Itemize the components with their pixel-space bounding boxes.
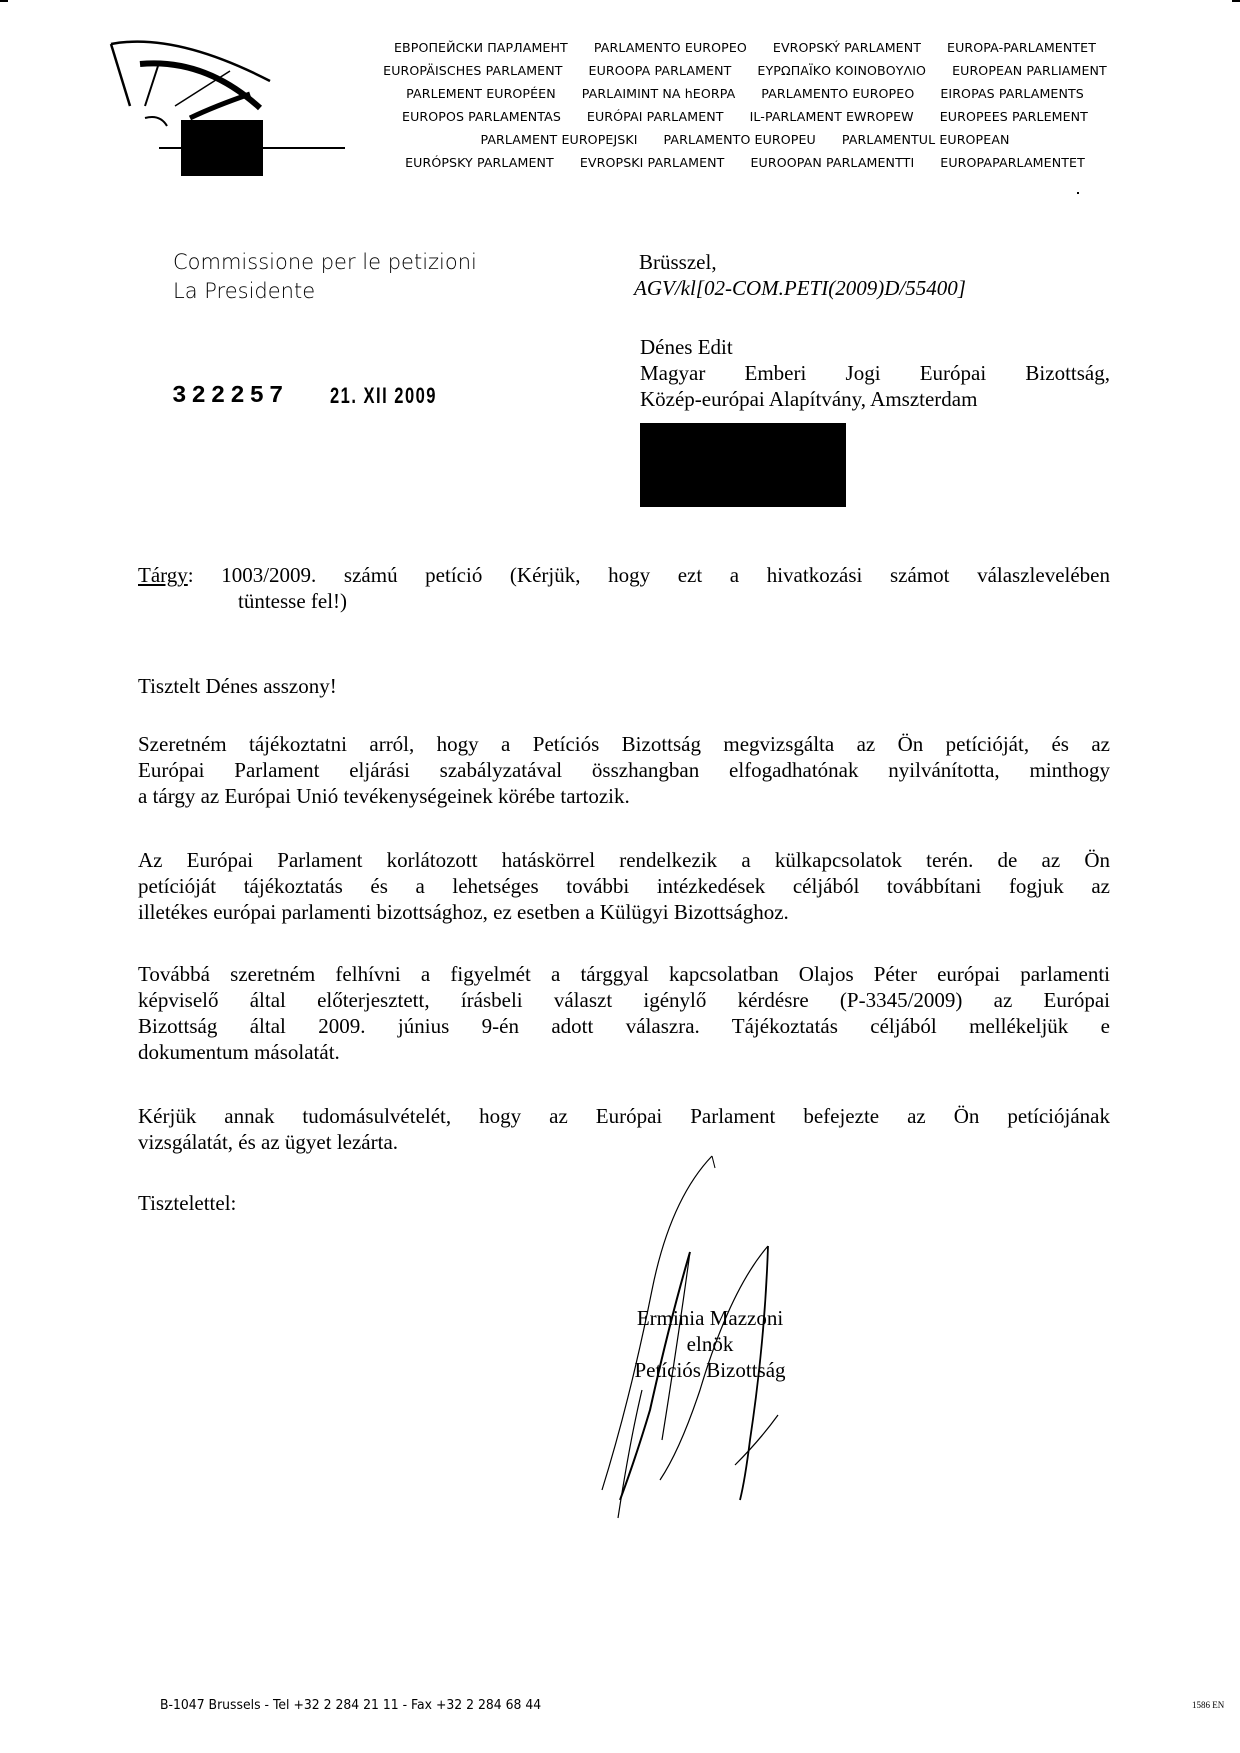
salutation: Tisztelt Dénes asszony! [138,673,1110,699]
committee-name: Commissione per le petizioni [173,248,477,277]
recipient-block: Dénes Edit Magyar Emberi Jogi Európai Bi… [640,334,1110,412]
parliament-name: EUROPEAN PARLIAMENT [952,63,1107,78]
footer-document-code: 1586 EN [1192,1700,1224,1710]
paragraph-line: Az Európai Parlament korlátozott hatáskö… [138,847,1110,873]
scan-artifact [0,0,8,2]
parliament-name: EUROPAPARLAMENTET [940,155,1085,170]
recipient-org-line1: Magyar Emberi Jogi Európai Bizottság, [640,360,1110,386]
paragraph-line: Szeretném tájékoztatni arról, hogy a Pet… [138,731,1110,757]
parliament-name: EUROOPAN PARLAMENTTI [750,155,914,170]
header-line: EUROPÄISCHES PARLAMENTEUROOPA PARLAMENTΕ… [330,63,1160,78]
paragraph-line: a tárgy az Európai Unió tevékenységeinek… [138,783,1110,809]
header-line: PARLAMENT EUROPEJSKIPARLAMENTO EUROPEUPA… [330,132,1160,147]
parliament-name: EVROPSKÝ PARLAMENT [773,40,921,55]
recipient-name: Dénes Edit [640,334,1110,360]
parliament-name: EUROPOS PARLAMENTAS [402,109,561,124]
parliament-name: EUROOPA PARLAMENT [589,63,732,78]
header-line: ЕВРОПЕЙСКИ ПАРЛАМЕНТPARLAMENTO EUROPEOEV… [330,40,1160,55]
paragraph-line: Bizottság által 2009. június 9-én adott … [138,1013,1110,1039]
parliament-name: PARLAMENTUL EUROPEAN [842,132,1010,147]
paragraph-line: illetékes európai parlamenti bizottságho… [138,899,1110,925]
paragraph-line: Európai Parlament eljárási szabályzatáva… [138,757,1110,783]
parliament-name: EURÓPSKY PARLAMENT [405,155,554,170]
scan-artifact [1077,192,1079,194]
subject-text-line1: 1003/2009. számú petíció (Kérjük, hogy e… [221,563,1110,587]
paragraph-1: Szeretném tájékoztatni arról, hogy a Pet… [138,731,1110,809]
paragraph-line: petícióját tájékoztatás és a lehetséges … [138,873,1110,899]
signatory-body: Petíciós Bizottság [605,1357,815,1383]
reference-number: AGV/kl[02-COM.PETI(2009)D/55400] [634,276,966,301]
european-parliament-logo [95,36,355,176]
place-line: Brüsszel, [639,248,717,276]
recipient-org-line2: Közép-európai Alapítvány, Amszterdam [640,386,1110,412]
parliament-name: PARLAMENTO EUROPEO [761,86,914,101]
header-line: EURÓPSKY PARLAMENTEVROPSKI PARLAMENTEURO… [330,155,1160,170]
parliament-name: EVROPSKI PARLAMENT [580,155,725,170]
parliament-name: PARLAMENTO EUROPEO [594,40,747,55]
parliament-name: EUROPÄISCHES PARLAMENT [383,63,562,78]
sender-role: La Presidente [173,277,477,306]
parliament-name: PARLAIMINT NA hEORPA [582,86,736,101]
registry-date-stamp: 21. XII 2009 [330,383,437,409]
sender-block: Commissione per le petizioni La Presiden… [173,248,477,306]
subject-line: Tárgy: 1003/2009. számú petíció (Kérjük,… [138,562,1110,614]
parliament-name: PARLAMENT EUROPEJSKI [480,132,637,147]
signature-block: Erminia Mazzoni elnök Petíciós Bizottság [605,1305,815,1383]
header-line: EUROPOS PARLAMENTASEURÓPAI PARLAMENTIL-P… [330,109,1160,124]
subject-text-line2: tüntesse fel!) [138,588,1110,614]
parliament-name: EUROPA-PARLAMENTET [947,40,1096,55]
parliament-name: PARLEMENT EUROPÉEN [406,86,556,101]
parliament-name: ЕВРОПЕЙСКИ ПАРЛАМЕНТ [394,40,568,55]
signatory-name: Erminia Mazzoni [605,1305,815,1331]
paragraph-line: képviselő által előterjesztett, írásbeli… [138,987,1110,1013]
paragraph-3: Továbbá szeretném felhívni a figyelmét a… [138,961,1110,1065]
parliament-name: PARLAMENTO EUROPEU [664,132,816,147]
parliament-name: EIROPAS PARLAMENTS [940,86,1084,101]
address-redaction [640,423,846,507]
logo-redaction [181,120,263,176]
footer-address: B-1047 Brussels - Tel +32 2 284 21 11 - … [160,1697,541,1713]
parliament-name: ΕΥΡΩΠΑΪΚΟ ΚΟΙΝΟΒΟΥΛΙΟ [757,63,926,78]
registry-number-stamp: 322257 [172,383,288,410]
parliament-name: EURÓPAI PARLAMENT [587,109,724,124]
subject-label: Tárgy [138,563,188,587]
paragraph-line: dokumentum másolatát. [138,1039,1110,1065]
header-line: PARLEMENT EUROPÉENPARLAIMINT NA hEORPAPA… [330,86,1160,101]
parliament-name: EUROPEES PARLEMENT [940,109,1088,124]
paragraph-line: Továbbá szeretném felhívni a figyelmét a… [138,961,1110,987]
paragraph-2: Az Európai Parlament korlátozott hatáskö… [138,847,1110,925]
scan-artifact [1232,0,1240,2]
paragraph-line: Kérjük annak tudomásulvételét, hogy az E… [138,1103,1110,1129]
parliament-name: IL-PARLAMENT EWROPEW [750,109,914,124]
signatory-title: elnök [605,1331,815,1357]
